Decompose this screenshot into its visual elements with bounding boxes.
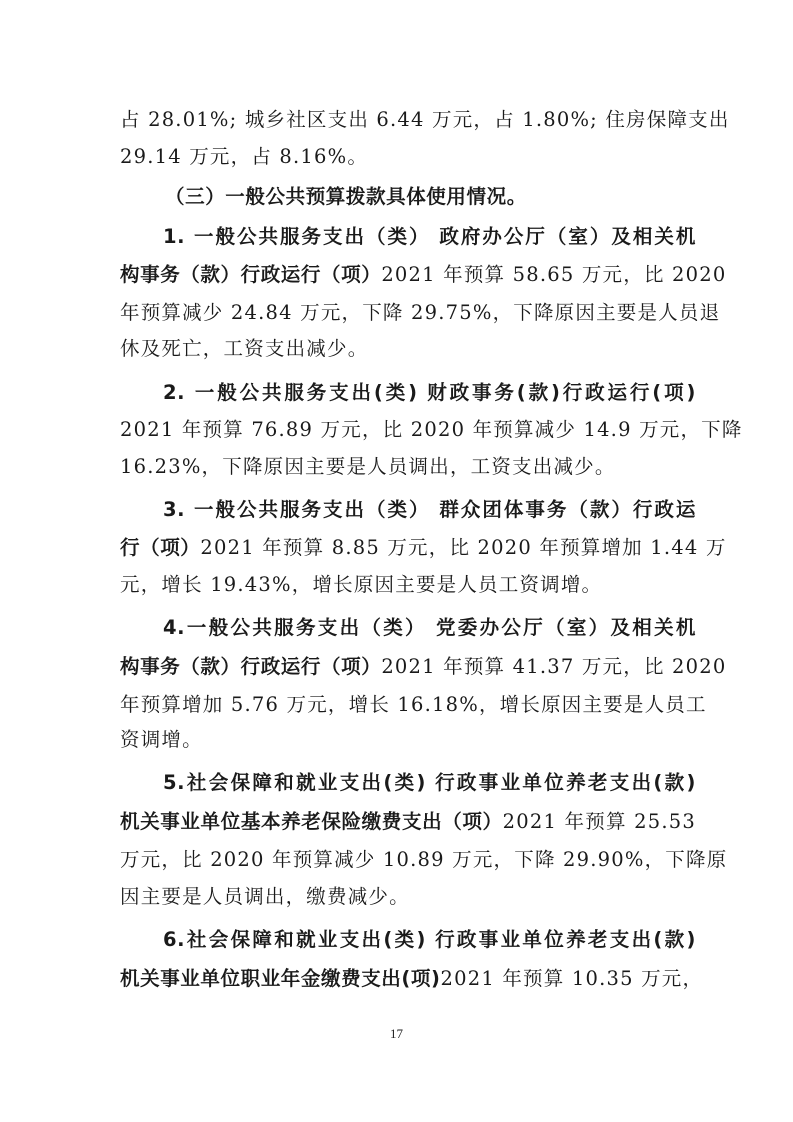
heading-text: 1. 一般公共服务支出（类） 政府办公厅（室）及相关机: [163, 225, 696, 248]
heading-text: 4.一般公共服务支出（类） 党委办公厅（室）及相关机: [163, 616, 696, 639]
text-line: 占 28.01%; 城乡社区支出 6.44 万元，占 1.80%; 住房保障支出: [120, 105, 696, 135]
body-text: 2021 年预算 25.53: [503, 810, 696, 833]
text-line: 1. 一般公共服务支出（类） 政府办公厅（室）及相关机: [163, 222, 696, 252]
heading-text: 3. 一般公共服务支出（类） 群众团体事务（款）行政运: [163, 498, 696, 521]
text-line: （三）一般公共预算拨款具体使用情况。: [165, 182, 527, 212]
text-line: 16.23%，下降原因主要是人员调出，工资支出减少。: [120, 452, 696, 482]
text-line: 29.14 万元，占 8.16%。: [120, 142, 696, 172]
heading-text: 构事务（款）行政运行（项）: [120, 263, 381, 286]
heading-text: （三）一般公共预算拨款具体使用情况。: [165, 185, 527, 208]
body-text: 2021 年预算 8.85 万元，比 2020 年预算增加 1.44 万: [200, 536, 726, 559]
body-text: 年预算减少 24.84 万元，下降 29.75%，下降原因主要是人员退: [120, 301, 720, 324]
body-text: 2021 年预算 76.89 万元，比 2020 年预算减少 14.9 万元，下…: [120, 418, 743, 441]
text-line: 构事务（款）行政运行（项）2021 年预算 41.37 万元，比 2020: [120, 652, 696, 682]
text-line: 4.一般公共服务支出（类） 党委办公厅（室）及相关机: [163, 613, 696, 643]
text-line: 行（项）2021 年预算 8.85 万元，比 2020 年预算增加 1.44 万: [120, 533, 696, 563]
text-line: 元，增长 19.43%，增长原因主要是人员工资调增。: [120, 570, 696, 600]
body-text: 元，增长 19.43%，增长原因主要是人员工资调增。: [120, 573, 602, 596]
body-text: 年预算增加 5.76 万元，增长 16.18%，增长原因主要是人员工: [120, 693, 707, 716]
text-line: 休及死亡，工资支出减少。: [120, 334, 696, 364]
text-line: 机关事业单位职业年金缴费支出(项)2021 年预算 10.35 万元，: [120, 964, 696, 994]
page-number: 17: [0, 1026, 793, 1042]
text-line: 2. 一般公共服务支出(类) 财政事务(款)行政运行(项): [163, 378, 696, 408]
heading-text: 6.社会保障和就业支出(类) 行政事业单位养老支出(款): [163, 928, 696, 951]
text-line: 机关事业单位基本养老保险缴费支出（项）2021 年预算 25.53: [120, 807, 696, 837]
heading-text: 构事务（款）行政运行（项）: [120, 655, 381, 678]
text-line: 构事务（款）行政运行（项）2021 年预算 58.65 万元，比 2020: [120, 260, 696, 290]
heading-text: 机关事业单位职业年金缴费支出(项): [120, 967, 441, 990]
text-line: 因主要是人员调出，缴费减少。: [120, 882, 696, 912]
heading-text: 机关事业单位基本养老保险缴费支出（项）: [120, 810, 503, 833]
body-text: 2021 年预算 58.65 万元，比 2020: [381, 263, 726, 286]
body-text: 休及死亡，工资支出减少。: [120, 337, 368, 360]
body-text: 16.23%，下降原因主要是人员调出，工资支出减少。: [120, 455, 616, 478]
body-text: 2021 年预算 10.35 万元，: [441, 967, 704, 990]
body-text: 资调增。: [120, 728, 203, 751]
text-line: 5.社会保障和就业支出(类) 行政事业单位养老支出(款): [163, 768, 696, 798]
heading-text: 行（项）: [120, 536, 200, 559]
text-line: 年预算增加 5.76 万元，增长 16.18%，增长原因主要是人员工: [120, 690, 696, 720]
body-text: 万元，比 2020 年预算减少 10.89 万元，下降 29.90%，下降原: [120, 848, 727, 871]
body-text: 29.14 万元，占 8.16%。: [120, 145, 368, 168]
text-line: 6.社会保障和就业支出(类) 行政事业单位养老支出(款): [163, 925, 696, 955]
text-line: 2021 年预算 76.89 万元，比 2020 年预算减少 14.9 万元，下…: [120, 415, 696, 445]
document-page: 占 28.01%; 城乡社区支出 6.44 万元，占 1.80%; 住房保障支出…: [0, 0, 793, 1122]
text-line: 万元，比 2020 年预算减少 10.89 万元，下降 29.90%，下降原: [120, 845, 696, 875]
heading-text: 5.社会保障和就业支出(类) 行政事业单位养老支出(款): [163, 771, 696, 794]
body-text: 2021 年预算 41.37 万元，比 2020: [381, 655, 726, 678]
text-line: 3. 一般公共服务支出（类） 群众团体事务（款）行政运: [163, 495, 696, 525]
text-line: 资调增。: [120, 725, 696, 755]
body-text: 因主要是人员调出，缴费减少。: [120, 885, 410, 908]
heading-text: 2. 一般公共服务支出(类) 财政事务(款)行政运行(项): [163, 381, 696, 404]
body-text: 占 28.01%; 城乡社区支出 6.44 万元，占 1.80%; 住房保障支出: [120, 108, 730, 131]
text-line: 年预算减少 24.84 万元，下降 29.75%，下降原因主要是人员退: [120, 298, 696, 328]
